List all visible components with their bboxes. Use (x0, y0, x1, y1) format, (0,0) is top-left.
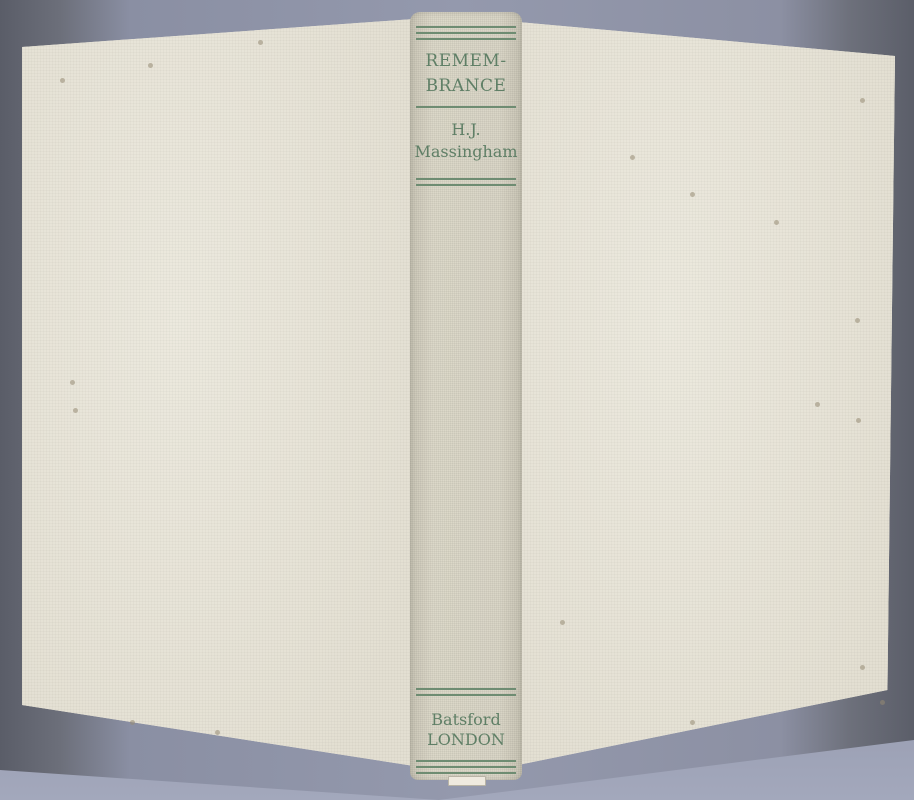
book-spine: REMEM- BRANCE H.J. Massingham Batsford L… (410, 12, 522, 780)
foxing-spot (148, 63, 153, 68)
foxing-spot (880, 700, 885, 705)
spine-rule (416, 766, 516, 768)
foxing-spot (560, 620, 565, 625)
spine-title-line-1: REMEM- (410, 50, 522, 72)
foxing-spot (860, 98, 865, 103)
foxing-spot (215, 730, 220, 735)
back-cover (22, 0, 414, 800)
spine-author-line-1: H.J. (410, 120, 522, 140)
front-cover (518, 0, 895, 800)
spine-rule (416, 760, 516, 762)
foxing-spot (774, 220, 779, 225)
foxing-spot (258, 40, 263, 45)
spine-rule (416, 26, 516, 28)
foxing-spot (690, 192, 695, 197)
foxing-spot (60, 78, 65, 83)
spine-rule (416, 694, 516, 696)
foxing-spot (73, 408, 78, 413)
spine-rule (416, 32, 516, 34)
foxing-spot (690, 720, 695, 725)
foxing-spot (70, 380, 75, 385)
spine-rule (416, 184, 516, 186)
foxing-spot (860, 665, 865, 670)
spine-rule (416, 178, 516, 180)
spine-rule (416, 106, 516, 108)
headband-tab (448, 776, 486, 786)
spine-publisher-line-1: Batsford (410, 710, 522, 730)
spine-rule (416, 38, 516, 40)
foxing-spot (630, 155, 635, 160)
foxing-spot (856, 418, 861, 423)
foxing-spot (815, 402, 820, 407)
foxing-spot (130, 720, 135, 725)
spine-rule (416, 772, 516, 774)
spine-author-line-2: Massingham (410, 142, 522, 162)
foxing-spot (855, 318, 860, 323)
spine-rule (416, 688, 516, 690)
spine-title-line-2: BRANCE (410, 75, 522, 97)
spine-publisher-line-2: LONDON (410, 730, 522, 750)
